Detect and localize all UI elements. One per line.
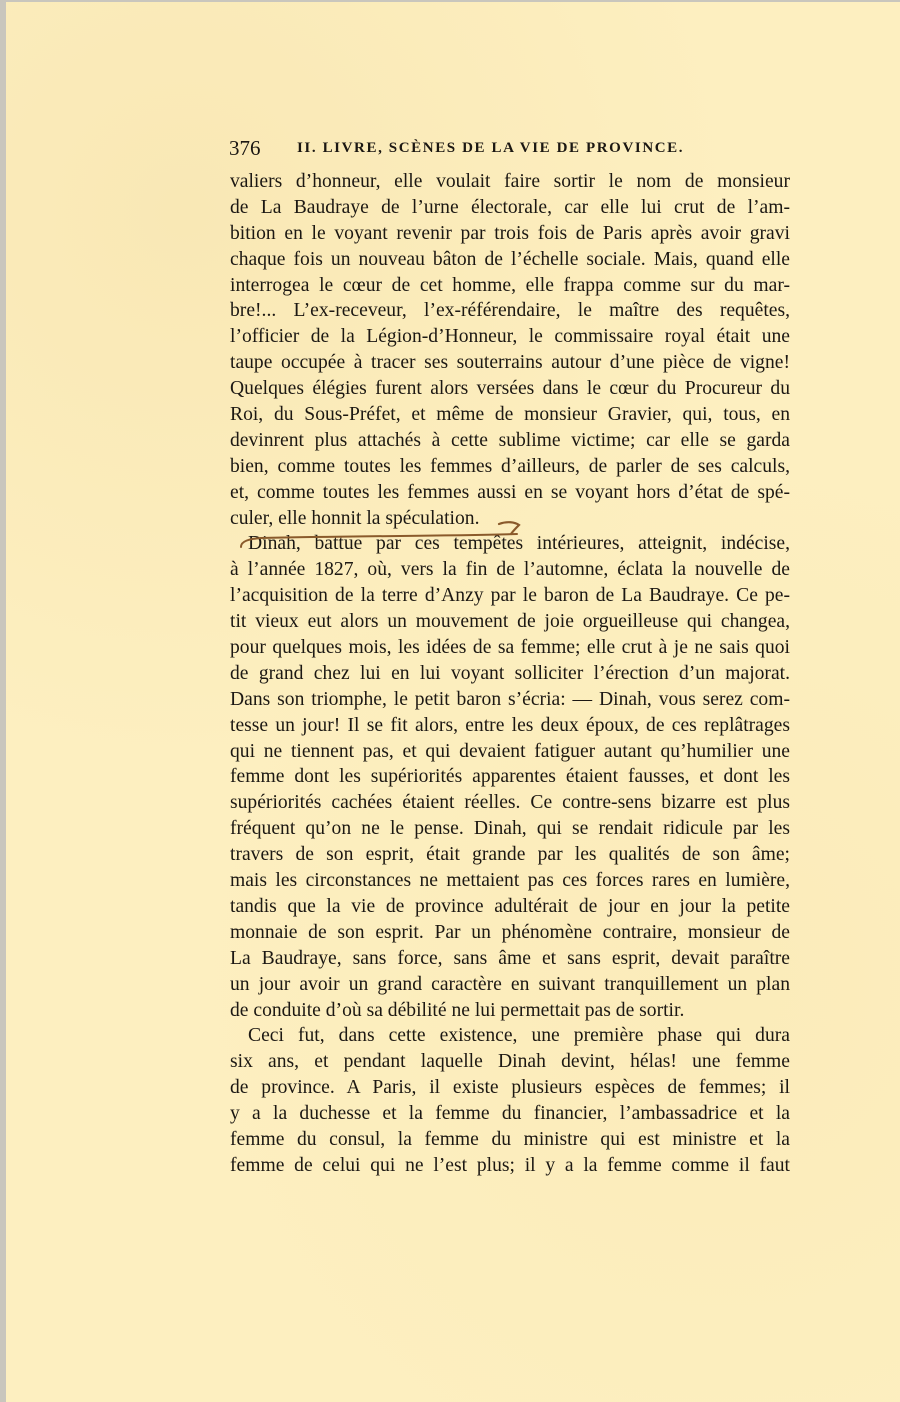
text-line: l’acquisition de la terre d’Anzy par le …	[230, 583, 790, 609]
text-line: femme du consul, la femme du ministre qu…	[230, 1127, 790, 1153]
text-line: chaque fois un nouveau bâton de l’échell…	[230, 247, 790, 273]
text-line: mais les circonstances ne mettaient pas …	[230, 868, 790, 894]
text-line: l’officier de la Légion-d’Honneur, le co…	[230, 324, 790, 350]
text-line: bre!... L’ex-receveur, l’ex-référendaire…	[230, 298, 790, 324]
text-line: taupe occupée à tracer ses souterrains a…	[230, 350, 790, 376]
text-line: de province. A Paris, il existe plusieur…	[230, 1075, 790, 1101]
text-line: monnaie de son esprit. Par un phénomène …	[230, 920, 790, 946]
text-line: tesse un jour! Il se fit alors, entre le…	[230, 713, 790, 739]
text-line: de La Baudraye de l’urne électorale, car…	[230, 195, 790, 221]
text-line: Quelques élégies furent alors versées da…	[230, 376, 790, 402]
text-line: tit vieux eut alors un mouvement de joie…	[230, 609, 790, 635]
text-line: tandis que la vie de province adultérait…	[230, 894, 790, 920]
text-line: devinrent plus attachés à cette sublime …	[230, 428, 790, 454]
text-line: y a la duchesse et la femme du financier…	[230, 1101, 790, 1127]
text-line: un jour avoir un grand caractère en suiv…	[230, 972, 790, 998]
body-text: valiers d’honneur, elle voulait faire so…	[230, 169, 790, 1179]
text-line: et, comme toutes les femmes aussi en se …	[230, 480, 790, 506]
text-line: Dinah, battue par ces tempêtes intérieur…	[230, 531, 790, 557]
text-line: fréquent qu’on ne le pense. Dinah, qui s…	[230, 816, 790, 842]
text-line: travers de son esprit, était grande par …	[230, 842, 790, 868]
text-line: Roi, du Sous-Préfet, et même de monsieur…	[230, 402, 790, 428]
text-line: interrogea le cœur de cet homme, elle fr…	[230, 273, 790, 299]
text-line: femme de celui qui ne l’est plus; il y a…	[230, 1153, 790, 1179]
page-header: 376 II. LIVRE, SCÈNES DE LA VIE DE PROVI…	[229, 136, 789, 162]
text-line: Ceci fut, dans cette existence, une prem…	[230, 1023, 790, 1049]
text-line: six ans, et pendant laquelle Dinah devin…	[230, 1049, 790, 1075]
text-line: culer, elle honnit la spéculation.	[230, 506, 790, 532]
text-line: femme dont les supériorités apparentes é…	[230, 764, 790, 790]
text-line: à l’année 1827, où, vers la fin de l’aut…	[230, 557, 790, 583]
text-line: de grand chez lui en lui voyant sollicit…	[230, 661, 790, 687]
text-line: bien, comme toutes les femmes d’ailleurs…	[230, 454, 790, 480]
text-line: Dans son triomphe, le petit baron s’écri…	[230, 687, 790, 713]
running-head: II. LIVRE, SCÈNES DE LA VIE DE PROVINCE.	[297, 140, 684, 157]
text-line: pour quelques mois, les idées de sa femm…	[230, 635, 790, 661]
book-page: 376 II. LIVRE, SCÈNES DE LA VIE DE PROVI…	[6, 2, 900, 1402]
text-line: bition en le voyant revenir par trois fo…	[230, 221, 790, 247]
text-line: qui ne tiennent pas, et qui devaient fat…	[230, 739, 790, 765]
text-line: supériorités cachées étaient réelles. Ce…	[230, 790, 790, 816]
page-number: 376	[229, 136, 261, 161]
text-line: de conduite d’où sa débilité ne lui perm…	[230, 998, 790, 1024]
text-line: La Baudraye, sans force, sans âme et san…	[230, 946, 790, 972]
text-line: valiers d’honneur, elle voulait faire so…	[230, 169, 790, 195]
